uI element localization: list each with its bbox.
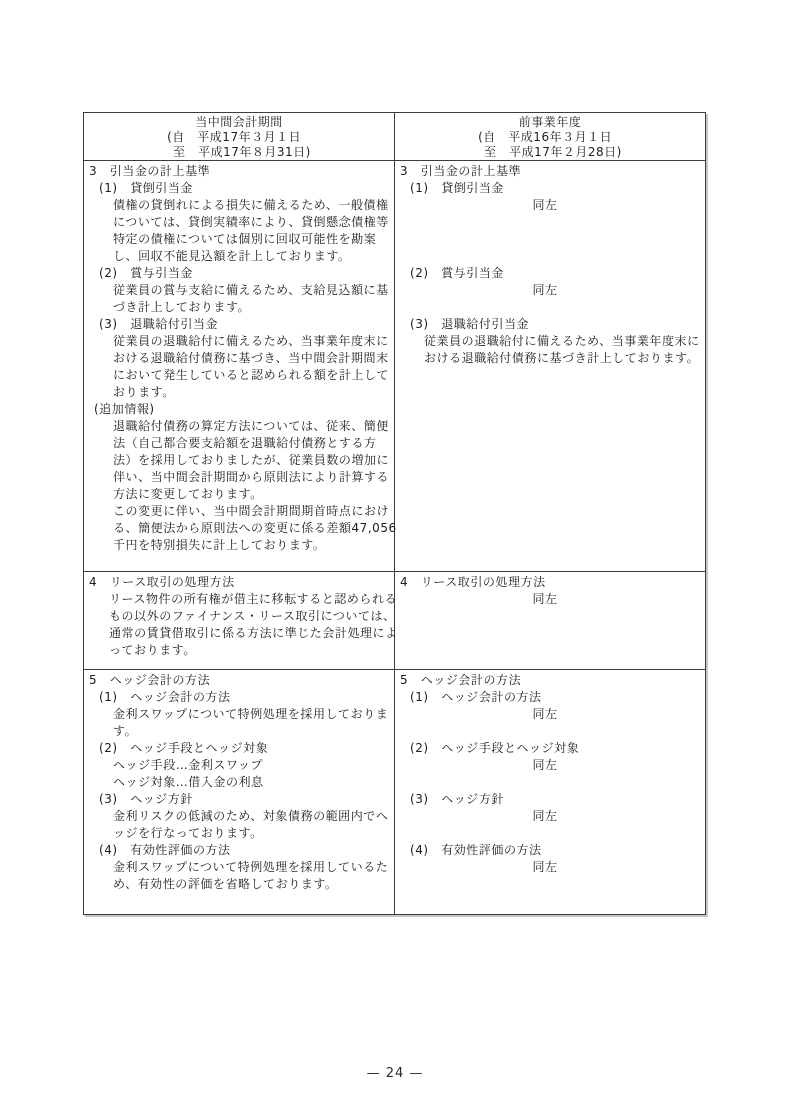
text-line: 金利スワップについて特例処理を採用しているた [87,859,391,876]
text-line: については、貸倒実績率により、貸倒懸念債権等 [87,214,391,231]
text-line: 特定の債権については個別に回収可能性を勘案 [87,231,391,248]
text-line: 金利リスクの低減のため、対象債務の範囲内でヘ [87,808,391,825]
text-line: 通常の賃貸借取引に係る方法に準じた会計処理によ [87,625,391,642]
text-line: リース物件の所有権が借主に移転すると認められる [87,591,391,608]
lease-right-cell: 4 リース取引の処理方法同左 [395,572,706,670]
header-cell-current-interim-period: 当中間会計期間 (自 平成17年３月１日 至 平成17年８月31日) [84,113,395,161]
text-line: 同左 [398,757,702,774]
text-line: る、簡便法から原則法への変更に係る差額47,056 [87,520,391,537]
period-to-prior: 至 平成17年２月28日) [478,145,622,160]
text-line: 従業員の賞与支給に備えるため、支給見込額に基 [87,282,391,299]
text-line: もの以外のファイナンス・リース取引については、 [87,608,391,625]
provisions-right-cell: 3 引当金の計上基準(1) 貸倒引当金同左(2) 賞与引当金同左(3) 退職給付… [395,161,706,572]
section-row-lease: 4 リース取引の処理方法リース物件の所有権が借主に移転すると認められるもの以外の… [84,572,706,670]
text-line: この変更に伴い、当中間会計期間期首時点におけ [87,503,391,520]
text-line: 方法に変更しております。 [87,486,391,503]
blank-line [398,248,702,265]
hedge-left-content: 5 ヘッジ会計の方法(1) ヘッジ会計の方法金利スワップについて特例処理を採用し… [87,672,391,914]
text-line: ヘッジ手段…金利スワップ [87,757,391,774]
text-line: (4) 有効性評価の方法 [398,842,702,859]
hedge-right-cell: 5 ヘッジ会計の方法(1) ヘッジ会計の方法同左(2) ヘッジ手段とヘッジ対象同… [395,670,706,915]
table-body: 3 引当金の計上基準(1) 貸倒引当金債権の貸倒れによる損失に備えるため、一般債… [84,161,706,915]
text-line: (追加情報) [87,401,391,418]
text-line: し、回収不能見込額を計上しております。 [87,248,391,265]
lease-left-content: 4 リース取引の処理方法リース物件の所有権が借主に移転すると認められるもの以外の… [87,574,391,669]
text-line: ッジを行なっております。 [87,825,391,842]
blank-line [398,825,702,842]
text-line: 退職給付債務の算定方法については、従来、簡便 [87,418,391,435]
provisions-left-cell: 3 引当金の計上基準(1) 貸倒引当金債権の貸倒れによる損失に備えるため、一般債… [84,161,395,572]
text-line: (4) 有効性評価の方法 [87,842,391,859]
section-row-hedge: 5 ヘッジ会計の方法(1) ヘッジ会計の方法金利スワップについて特例処理を採用し… [84,670,706,915]
text-line: 5 ヘッジ会計の方法 [87,672,391,689]
text-line: す。 [87,723,391,740]
text-line: 同左 [398,859,702,876]
text-line: 金利スワップについて特例処理を採用しておりま [87,706,391,723]
hedge-right-content: 5 ヘッジ会計の方法(1) ヘッジ会計の方法同左(2) ヘッジ手段とヘッジ対象同… [398,672,702,914]
text-line: 同左 [398,282,702,299]
column-title-prior: 前事業年度 [398,115,702,130]
period-from-prior: (自 平成16年３月１日 [478,130,622,145]
hedge-left-cell: 5 ヘッジ会計の方法(1) ヘッジ会計の方法金利スワップについて特例処理を採用し… [84,670,395,915]
blank-line [398,214,702,231]
document-page: 当中間会計期間 (自 平成17年３月１日 至 平成17年８月31日) 前事業年度… [0,0,790,1118]
period-from-current: (自 平成17年３月１日 [167,130,311,145]
text-line: (2) 賞与引当金 [87,265,391,282]
text-line: 同左 [398,197,702,214]
table-header-row: 当中間会計期間 (自 平成17年３月１日 至 平成17年８月31日) 前事業年度… [84,113,706,161]
text-line: 5 ヘッジ会計の方法 [398,672,702,689]
text-line: (2) ヘッジ手段とヘッジ対象 [87,740,391,757]
text-line: っております。 [87,642,391,659]
text-line: 千円を特別損失に計上しております。 [87,537,391,554]
text-line: (1) ヘッジ会計の方法 [398,689,702,706]
blank-line [398,774,702,791]
lease-left-cell: 4 リース取引の処理方法リース物件の所有権が借主に移転すると認められるもの以外の… [84,572,395,670]
period-block-prior: (自 平成16年３月１日 至 平成17年２月28日) [478,130,622,160]
period-block-current: (自 平成17年３月１日 至 平成17年８月31日) [167,130,311,160]
header-cell-prior-fiscal-year: 前事業年度 (自 平成16年３月１日 至 平成17年２月28日) [395,113,706,161]
text-line: 4 リース取引の処理方法 [87,574,391,591]
text-line: おける退職給付債務に基づき、当中間会計期間末 [87,350,391,367]
text-line: 同左 [398,591,702,608]
text-line: おける退職給付債務に基づき計上しております。 [398,350,702,367]
blank-line [398,723,702,740]
text-line: (2) 賞与引当金 [398,265,702,282]
text-line: 伴い、当中間会計期間から原則法により計算する [87,469,391,486]
text-line: 法）を採用しておりましたが、従業員数の増加に [87,452,391,469]
lease-right-content: 4 リース取引の処理方法同左 [398,574,702,669]
text-line: (1) 貸倒引当金 [398,180,702,197]
text-line: (3) ヘッジ方針 [87,791,391,808]
text-line: (1) ヘッジ会計の方法 [87,689,391,706]
blank-line [398,231,702,248]
text-line: 4 リース取引の処理方法 [398,574,702,591]
text-line: ヘッジ対象…借入金の利息 [87,774,391,791]
blank-line [398,299,702,316]
text-line: (2) ヘッジ手段とヘッジ対象 [398,740,702,757]
text-line: 3 引当金の計上基準 [398,163,702,180]
provisions-left-content: 3 引当金の計上基準(1) 貸倒引当金債権の貸倒れによる損失に備えるため、一般債… [87,163,391,571]
text-line: おります。 [87,384,391,401]
text-line: において発生していると認められる額を計上して [87,367,391,384]
column-title-current: 当中間会計期間 [87,115,391,130]
text-line: (1) 貸倒引当金 [87,180,391,197]
text-line: (3) 退職給付引当金 [398,316,702,333]
text-line: 法（自己都合要支給額を退職給付債務とする方 [87,435,391,452]
text-line: 従業員の退職給付に備えるため、当事業年度末に [87,333,391,350]
text-line: 同左 [398,706,702,723]
text-line: (3) ヘッジ方針 [398,791,702,808]
accounting-policies-table: 当中間会計期間 (自 平成17年３月１日 至 平成17年８月31日) 前事業年度… [83,112,706,915]
text-line: づき計上しております。 [87,299,391,316]
section-row-provisions: 3 引当金の計上基準(1) 貸倒引当金債権の貸倒れによる損失に備えるため、一般債… [84,161,706,572]
text-line: 従業員の退職給付に備えるため、当事業年度末に [398,333,702,350]
text-line: 同左 [398,808,702,825]
period-to-current: 至 平成17年８月31日) [167,145,311,160]
text-line: 債権の貸倒れによる損失に備えるため、一般債権 [87,197,391,214]
provisions-right-content: 3 引当金の計上基準(1) 貸倒引当金同左(2) 賞与引当金同左(3) 退職給付… [398,163,702,571]
text-line: (3) 退職給付引当金 [87,316,391,333]
text-line: 3 引当金の計上基準 [87,163,391,180]
text-line: め、有効性の評価を省略しております。 [87,876,391,893]
page-number: — 24 — [0,1066,790,1081]
